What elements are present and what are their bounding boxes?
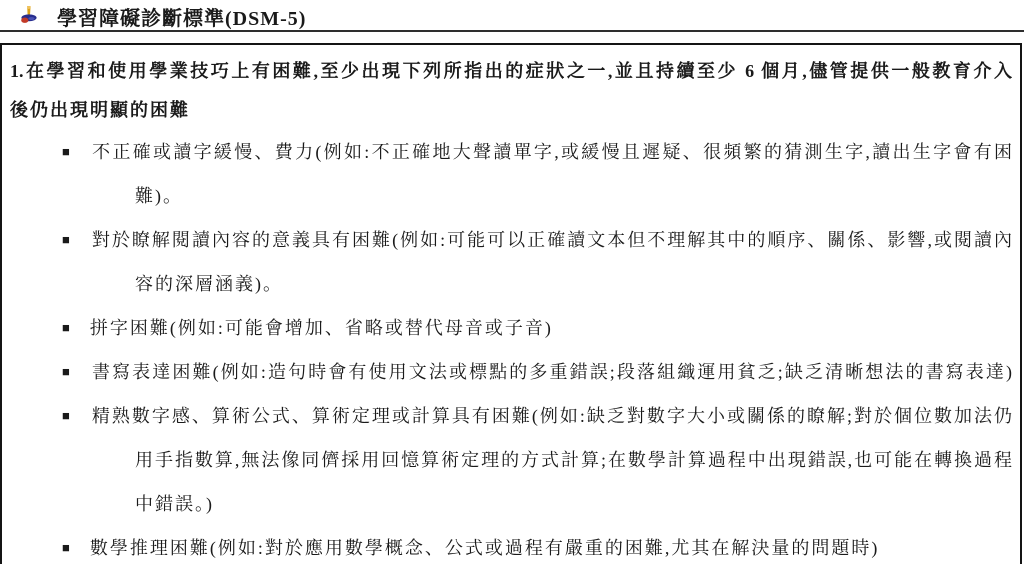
criteria-box: 1.在學習和使用學業技巧上有困難,至少出現下列所指出的症狀之一,並且持續至少 6… bbox=[0, 43, 1022, 564]
bullet-item-number-sense: ■精熟數字感、算術公式、算術定理或計算具有困難(例如:缺乏對數字大小或關係的瞭解… bbox=[10, 394, 1012, 438]
square-bullet-icon: ■ bbox=[62, 232, 72, 247]
bullet-text: 難)。 bbox=[135, 186, 183, 206]
bullet-item-spelling: ■拼字困難(例如:可能會增加、省略或替代母音或子音) bbox=[10, 306, 1012, 350]
bullet-item-reading-accuracy: ■不正確或讀字緩慢、費力(例如:不正確地大聲讀單字,或緩慢且遲疑、很頻繁的猜測生… bbox=[10, 130, 1012, 174]
square-bullet-icon: ■ bbox=[62, 320, 70, 335]
section-title-row: 學習障礙診斷標準(DSM-5) bbox=[20, 3, 306, 29]
bullet-text: 對於瞭解閱讀內容的意義具有困難(例如:可能可以正確讀文本但不理解其中的順序、關係… bbox=[92, 230, 1012, 250]
criterion-heading-line-1: 1.在學習和使用學業技巧上有困難,至少出現下列所指出的症狀之一,並且持續至少 6… bbox=[10, 52, 1012, 91]
bullet-item-reading-comprehension: ■對於瞭解閱讀內容的意義具有困難(例如:可能可以正確讀文本但不理解其中的順序、關… bbox=[10, 218, 1012, 262]
bullet-text: 精熟數字感、算術公式、算術定理或計算具有困難(例如:缺乏對數字大小或關係的瞭解;… bbox=[92, 406, 1012, 426]
criterion-heading-line-2: 後仍出現明顯的困難 bbox=[10, 91, 1012, 130]
bullet-item-reading-accuracy-cont: 難)。 bbox=[10, 174, 1012, 218]
bullet-item-number-sense-cont-1: 用手指數算,無法像同儕採用回憶算術定理的方式計算;在數學計算過程中出現錯誤,也可… bbox=[10, 438, 1012, 482]
page-title: 學習障礙診斷標準(DSM-5) bbox=[57, 2, 306, 31]
document-page: 學習障礙診斷標準(DSM-5) 1.在學習和使用學業技巧上有困難,至少出現下列所… bbox=[0, 0, 1024, 564]
square-bullet-icon: ■ bbox=[62, 408, 72, 423]
bullet-text: 不正確或讀字緩慢、費力(例如:不正確地大聲讀單字,或緩慢且遲疑、很頻繁的猜測生字… bbox=[92, 142, 1012, 162]
bullet-item-math-reasoning: ■數學推理困難(例如:對於應用數學概念、公式或過程有嚴重的困難,尤其在解決量的問… bbox=[10, 526, 1012, 564]
bullet-text: 中錯誤。) bbox=[135, 494, 214, 514]
decorative-3d-bullet-icon bbox=[20, 6, 38, 27]
bullet-text: 容的深層涵義)。 bbox=[135, 274, 283, 294]
square-bullet-icon: ■ bbox=[62, 364, 72, 379]
square-bullet-icon: ■ bbox=[62, 540, 70, 555]
bullet-item-reading-comprehension-cont: 容的深層涵義)。 bbox=[10, 262, 1012, 306]
square-bullet-icon: ■ bbox=[62, 144, 72, 159]
bullet-item-number-sense-cont-2: 中錯誤。) bbox=[10, 482, 1012, 526]
bullet-item-written-expression: ■書寫表達困難(例如:造句時會有使用文法或標點的多重錯誤;段落組織運用貧乏;缺乏… bbox=[10, 350, 1012, 394]
bullet-text: 拼字困難(例如:可能會增加、省略或替代母音或子音) bbox=[90, 318, 553, 338]
horizontal-rule bbox=[0, 30, 1024, 32]
bullet-text: 數學推理困難(例如:對於應用數學概念、公式或過程有嚴重的困難,尤其在解決量的問題… bbox=[90, 538, 880, 558]
bullet-text: 書寫表達困難(例如:造句時會有使用文法或標點的多重錯誤;段落組織運用貧乏;缺乏清… bbox=[92, 362, 1012, 382]
bullet-text: 用手指數算,無法像同儕採用回憶算術定理的方式計算;在數學計算過程中出現錯誤,也可… bbox=[135, 450, 1012, 470]
